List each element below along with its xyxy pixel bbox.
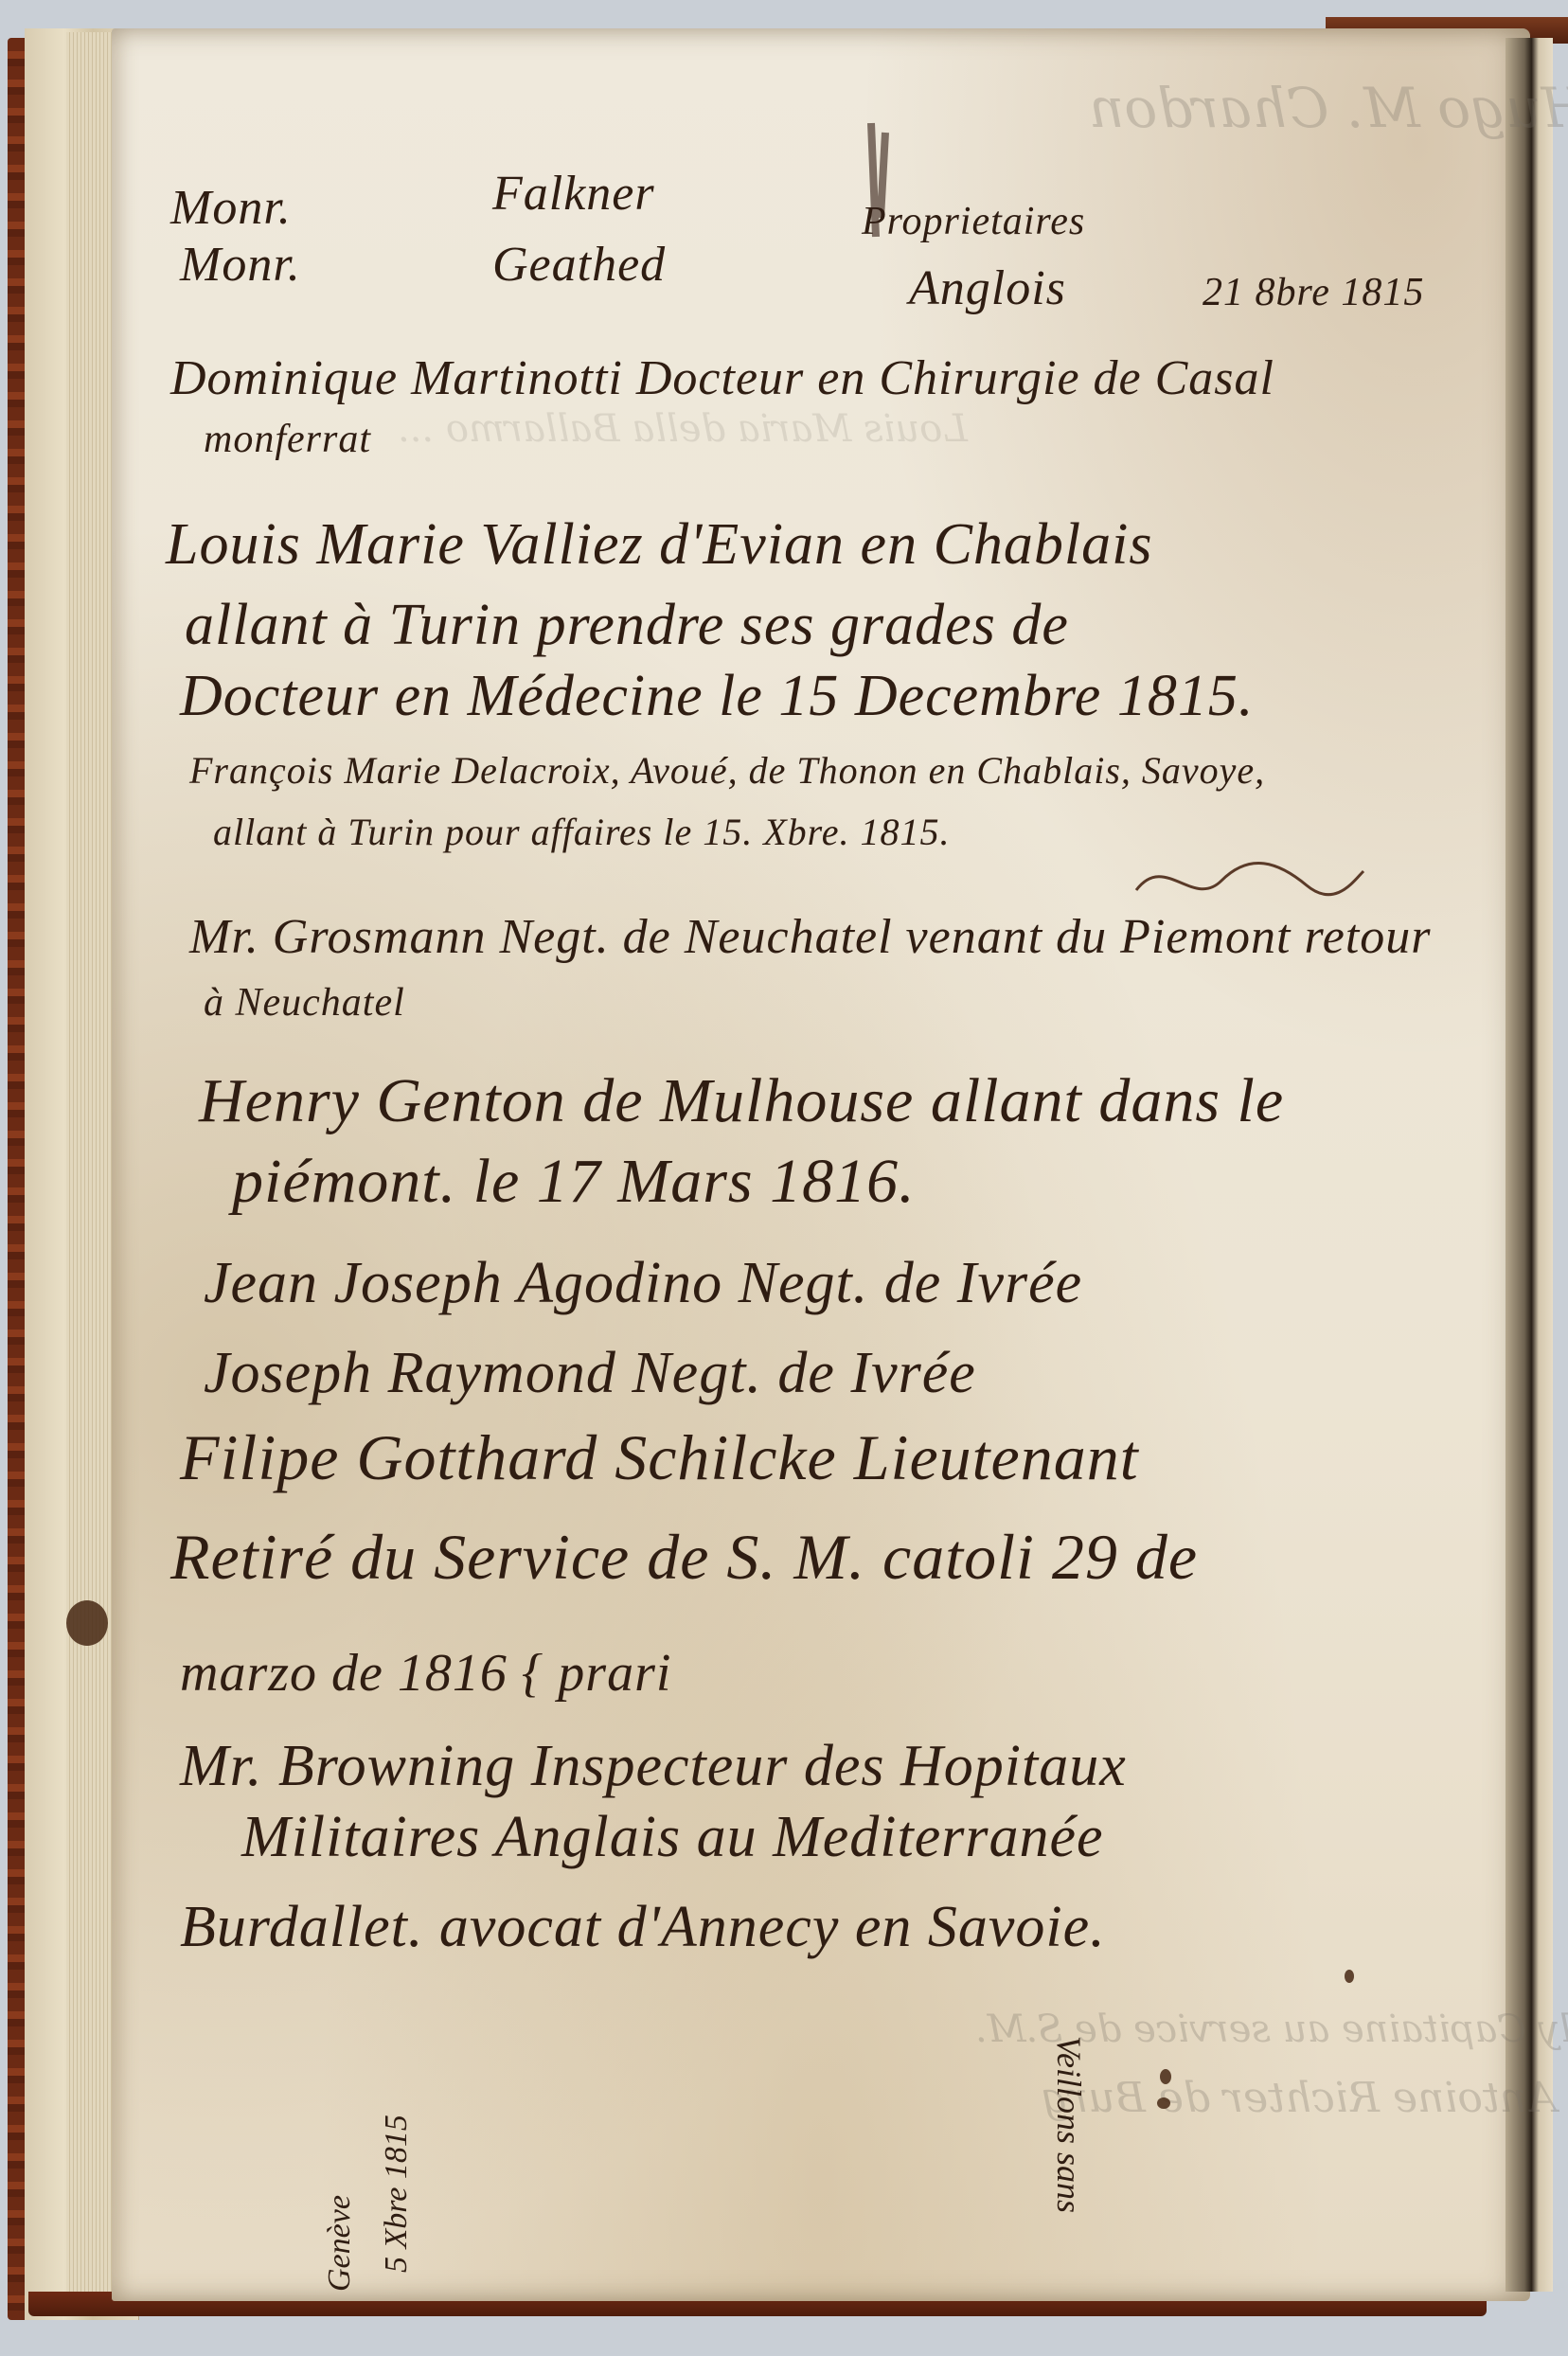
header-name-1: Falkner (492, 166, 655, 222)
bleed-through-line: Hugo M. Chardon (1089, 76, 1568, 140)
ink-stain (66, 1600, 108, 1646)
entry-line: Louis Marie Valliez d'Evian en Chablais (166, 511, 1153, 579)
page-gutter (1506, 38, 1553, 2292)
entry-line: François Marie Delacroix, Avoué, de Thon… (189, 748, 1265, 793)
entry-line: Militaires Anglais au Mediterranée (241, 1804, 1104, 1871)
entry-line: Docteur en Médecine le 15 Decembre 1815. (180, 663, 1254, 730)
entry-line: Joseph Raymond Negt. de Ivrée (204, 1340, 976, 1407)
entry-line: Henry Genton de Mulhouse allant dans le (199, 1065, 1284, 1137)
entry-line: piémont. le 17 Mars 1816. (232, 1146, 916, 1218)
entry-line: Filipe Gotthard Schilcke Lieutenant (180, 1420, 1139, 1495)
ink-dot (1157, 2097, 1170, 2109)
entry-line: Jean Joseph Agodino Negt. de Ivrée (204, 1250, 1082, 1317)
entry-line: Burdallet. avocat d'Annecy en Savoie. (180, 1894, 1106, 1961)
header-title-1: Monr. (170, 180, 292, 236)
margin-note: Genève (322, 2195, 358, 2292)
entry-line: Mr. Browning Inspecteur des Hopitaux (180, 1733, 1127, 1800)
entry-line: marzo de 1816 { prari (180, 1643, 671, 1704)
entry-line: Retiré du Service de S. M. catoli 29 de (170, 1520, 1198, 1595)
bleed-through-line: Joseph Antoine Richter de Burg (1042, 2074, 1568, 2122)
entry-line: Mr. Grosmann Negt. de Neuchatel venant d… (189, 909, 1432, 965)
header-date: 21 8bre 1815 (1203, 270, 1424, 315)
entry-line: monferrat (204, 417, 371, 462)
margin-note: 5 Xbre 1815 (379, 2115, 415, 2273)
entry-line: allant à Turin pour affaires le 15. Xbre… (213, 810, 951, 854)
header-title-2: Monr. (180, 237, 301, 293)
entry-line: à Neuchatel (204, 980, 405, 1026)
pen-flourish (1127, 852, 1373, 909)
header-name-2: Geathed (492, 237, 666, 293)
ink-blot (833, 114, 918, 246)
margin-note: Veillons sans (1049, 2036, 1089, 2213)
header-nationality: Anglois (909, 260, 1066, 316)
ink-dot (1345, 1970, 1354, 1983)
entry-line: Dominique Martinotti Docteur en Chirurgi… (170, 350, 1274, 406)
bleed-through-line: Louis Maria della Ballarmo ... (398, 407, 968, 451)
entry-line: allant à Turin prendre ses grades de (185, 592, 1069, 659)
ink-dot (1160, 2069, 1171, 2084)
